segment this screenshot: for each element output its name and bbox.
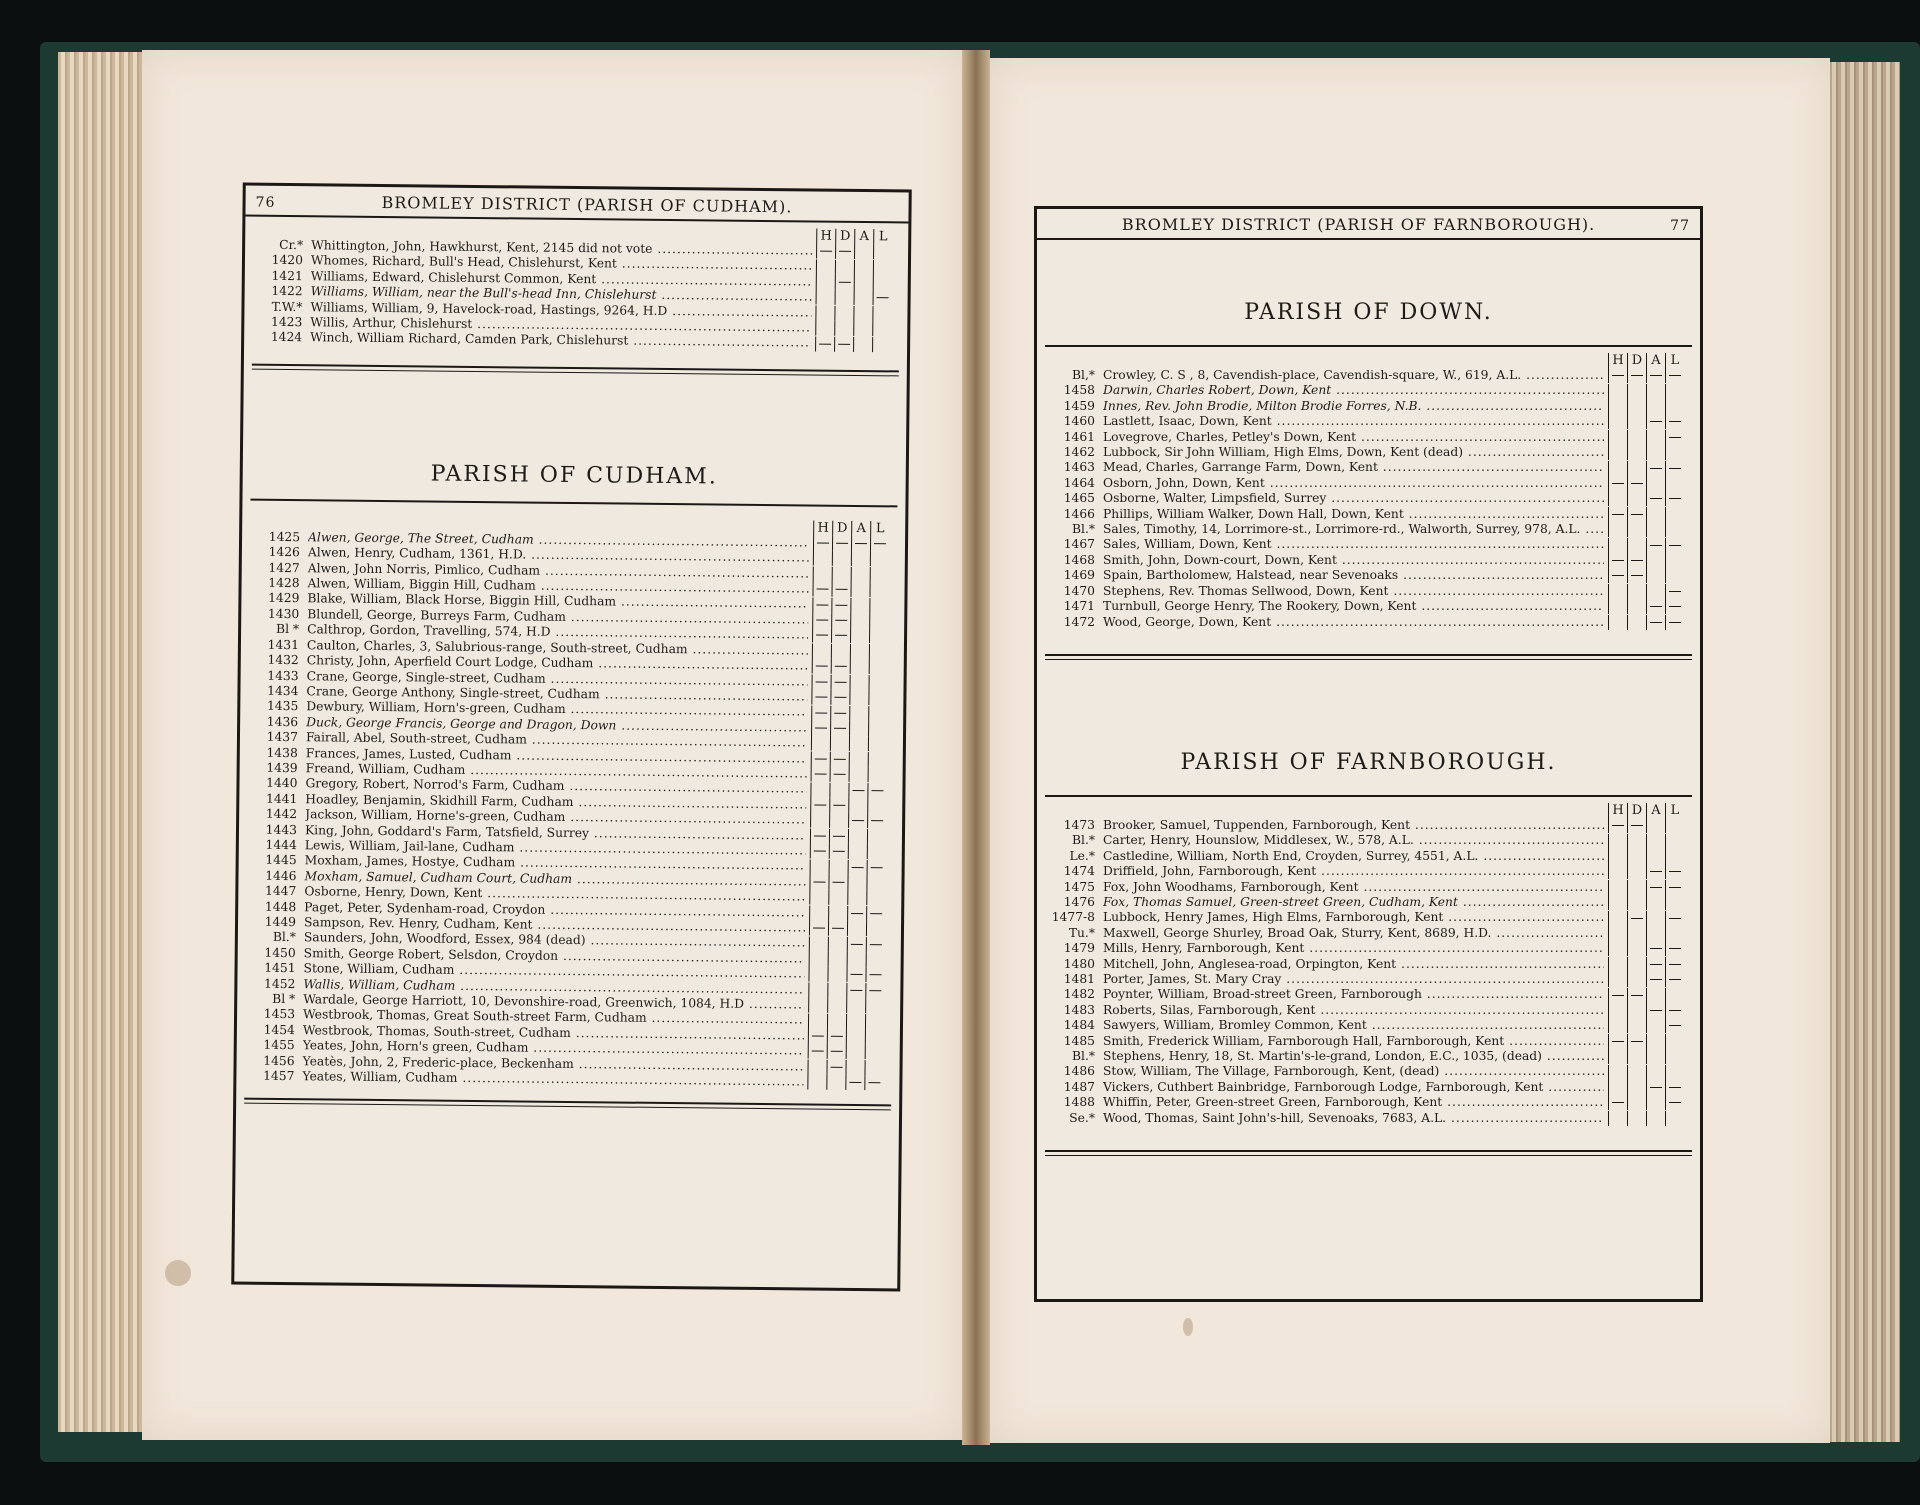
vote-marks xyxy=(813,551,897,567)
vote-mark-h xyxy=(1608,1095,1627,1110)
vote-mark-a xyxy=(1646,384,1665,399)
vote-mark-d xyxy=(829,813,848,828)
voter-entry: Roberts, Silas, Farnborough, Kent xyxy=(1103,1003,1604,1018)
vote-mark-h xyxy=(812,674,831,689)
vote-mark-d xyxy=(1627,461,1646,476)
vote-mark-a xyxy=(1646,1095,1665,1110)
vote-marks xyxy=(808,1013,892,1029)
vote-mark-a xyxy=(850,675,869,690)
vote-marks xyxy=(813,566,897,582)
vote-mark-d xyxy=(1627,615,1646,630)
vote-mark-d xyxy=(1627,1095,1646,1110)
vote-mark-d xyxy=(827,998,846,1013)
vote-mark-d xyxy=(828,905,847,920)
voter-number: 1422 xyxy=(253,284,311,300)
vote-mark-l xyxy=(865,1014,884,1029)
vote-mark-a xyxy=(848,798,867,813)
voter-number: 1451 xyxy=(245,961,303,977)
voter-number: 1430 xyxy=(249,606,307,622)
right-page-frame: BROMLEY DISTRICT (PARISH OF FARNBOROUGH)… xyxy=(1034,206,1703,1302)
voter-entry: Darwin, Charles Robert, Down, Kent xyxy=(1103,383,1604,398)
vote-mark-d xyxy=(831,613,850,628)
vote-mark-l xyxy=(870,536,889,551)
vote-mark-a xyxy=(1646,414,1665,429)
vote-mark-d xyxy=(830,721,849,736)
vote-mark-a xyxy=(851,536,870,551)
voter-number: T.W.* xyxy=(252,299,310,315)
vote-marks xyxy=(810,813,894,829)
voter-number: 1467 xyxy=(1045,537,1103,552)
vote-mark-a xyxy=(850,613,869,628)
vote-mark-d xyxy=(1627,1003,1646,1018)
vote-marks xyxy=(1608,1034,1692,1049)
vote-mark-a xyxy=(847,875,866,890)
voter-entry: Maxwell, George Shurley, Broad Oak, Stur… xyxy=(1103,926,1604,941)
vote-mark-l xyxy=(1665,1003,1684,1018)
voter-number: 1463 xyxy=(1045,460,1103,475)
voter-number: 1484 xyxy=(1045,1018,1103,1033)
vote-mark-l xyxy=(869,659,888,674)
table-row: Tu.*Maxwell, George Shurley, Broad Oak, … xyxy=(1045,926,1692,941)
vote-mark-l xyxy=(868,752,887,767)
voter-number: 1472 xyxy=(1045,615,1103,630)
vote-mark-l xyxy=(872,321,891,336)
voter-number: 1440 xyxy=(247,776,305,792)
vote-mark-l xyxy=(1665,1049,1684,1064)
vote-mark-a xyxy=(1646,911,1665,926)
table-row: 1479Mills, Henry, Farnborough, Kent xyxy=(1045,941,1692,956)
vote-mark-d xyxy=(830,736,849,751)
vote-mark-l xyxy=(868,690,887,705)
vote-marks xyxy=(812,659,896,675)
vote-mark-l xyxy=(1665,834,1684,849)
table-row: 1488Whiffin, Peter, Green-street Green, … xyxy=(1045,1095,1692,1110)
vote-mark-h xyxy=(1608,926,1627,941)
vote-mark-l xyxy=(873,260,892,275)
voter-number: 1460 xyxy=(1045,414,1103,429)
vote-mark-d xyxy=(1627,599,1646,614)
voter-number: 1426 xyxy=(250,545,308,561)
vote-mark-h xyxy=(811,720,830,735)
vote-mark-a xyxy=(1646,1049,1665,1064)
vote-columns-header: HDAL xyxy=(1045,803,1692,818)
vote-mark-l xyxy=(864,1075,883,1090)
vote-marks xyxy=(1608,834,1692,849)
vote-mark-d xyxy=(834,336,853,351)
vote-mark-h xyxy=(816,259,835,274)
vote-mark-h xyxy=(1608,895,1627,910)
continued-entries-table: HDAL Cr.*Whittington, John, Hawkhurst, K… xyxy=(252,223,900,353)
vote-column-d: D xyxy=(832,521,851,536)
vote-marks xyxy=(1608,988,1692,1003)
vote-marks xyxy=(1608,972,1692,987)
vote-mark-a xyxy=(1646,1065,1665,1080)
stain xyxy=(1183,1318,1193,1336)
vote-marks xyxy=(1608,461,1692,476)
vote-mark-a xyxy=(854,275,873,290)
vote-marks xyxy=(815,321,899,337)
table-row: 1462Lubbock, Sir John William, High Elms… xyxy=(1045,445,1692,460)
vote-mark-a xyxy=(1646,1034,1665,1049)
voter-number: 1457 xyxy=(244,1069,302,1085)
voter-number: 1480 xyxy=(1045,957,1103,972)
vote-mark-d xyxy=(1627,430,1646,445)
vote-mark-h xyxy=(816,290,835,305)
voter-number: 1488 xyxy=(1045,1095,1103,1110)
vote-mark-d xyxy=(827,1013,846,1028)
table-row: 1471Turnbull, George Henry, The Rookery,… xyxy=(1045,599,1692,614)
voter-number: 1458 xyxy=(1045,383,1103,398)
table-row: 1469Spain, Bartholomew, Halstead, near S… xyxy=(1045,568,1692,583)
vote-mark-l xyxy=(868,736,887,751)
voter-number: 1468 xyxy=(1045,553,1103,568)
vote-mark-d xyxy=(1627,384,1646,399)
stain xyxy=(165,1260,191,1286)
vote-marks xyxy=(808,967,892,983)
vote-marks xyxy=(812,628,896,644)
vote-mark-l xyxy=(1665,818,1684,833)
vote-mark-h xyxy=(1608,972,1627,987)
vote-marks xyxy=(816,275,900,291)
vote-mark-h xyxy=(1608,957,1627,972)
vote-mark-a xyxy=(849,690,868,705)
vote-column-d: D xyxy=(1627,353,1646,368)
vote-column-l: L xyxy=(1665,803,1684,818)
vote-column-l: L xyxy=(870,521,889,536)
table-row: Bl.*Carter, Henry, Hounslow, Middlesex, … xyxy=(1045,833,1692,848)
vote-mark-h xyxy=(1608,384,1627,399)
running-head: 76 BROMLEY DISTRICT (PARISH OF CUDHAM). xyxy=(245,186,908,224)
voter-entry: Phillips, William Walker, Down Hall, Dow… xyxy=(1103,507,1604,522)
vote-mark-a xyxy=(847,921,866,936)
vote-marks xyxy=(1608,538,1692,553)
vote-mark-a xyxy=(847,937,866,952)
voter-entry: Wood, Thomas, Saint John's-hill, Sevenoa… xyxy=(1103,1111,1604,1126)
voter-number: 1473 xyxy=(1045,818,1103,833)
voter-number: 1450 xyxy=(246,945,304,961)
running-head-title: BROMLEY DISTRICT (PARISH OF FARNBOROUGH)… xyxy=(1047,215,1670,234)
vote-mark-h xyxy=(810,797,829,812)
vote-marks xyxy=(809,874,893,890)
voter-number: 1431 xyxy=(249,637,307,653)
vote-mark-d xyxy=(1627,880,1646,895)
vote-mark-l xyxy=(1665,461,1684,476)
right-page: BROMLEY DISTRICT (PARISH OF FARNBOROUGH)… xyxy=(990,58,1830,1443)
vote-mark-a xyxy=(1646,538,1665,553)
vote-column-d: D xyxy=(835,229,854,244)
vote-marks xyxy=(815,336,899,352)
vote-mark-h xyxy=(1608,538,1627,553)
vote-mark-a xyxy=(1646,461,1665,476)
vote-mark-d xyxy=(1627,584,1646,599)
vote-mark-a xyxy=(1646,895,1665,910)
vote-mark-h xyxy=(1608,476,1627,491)
double-rule xyxy=(1045,1150,1692,1156)
vote-mark-a xyxy=(854,290,873,305)
vote-mark-a xyxy=(1646,615,1665,630)
vote-mark-h xyxy=(1608,430,1627,445)
vote-marks xyxy=(809,952,893,968)
vote-mark-l xyxy=(1665,399,1684,414)
vote-mark-l xyxy=(866,921,885,936)
vote-mark-l xyxy=(1665,941,1684,956)
vote-mark-a xyxy=(1646,430,1665,445)
table-row: Se.*Wood, Thomas, Saint John's-hill, Sev… xyxy=(1045,1111,1692,1126)
voter-number: 1425 xyxy=(250,529,308,545)
vote-mark-l xyxy=(1665,599,1684,614)
voter-number: 1459 xyxy=(1045,399,1103,414)
voter-number: 1439 xyxy=(248,761,306,777)
vote-mark-l xyxy=(1665,849,1684,864)
vote-mark-h xyxy=(811,767,830,782)
vote-marks xyxy=(1608,1018,1692,1033)
voter-entry: Crowley, C. S , 8, Cavendish-place, Cave… xyxy=(1103,368,1604,383)
vote-mark-d xyxy=(834,306,853,321)
vote-mark-a xyxy=(1646,1080,1665,1095)
vote-mark-a xyxy=(1646,491,1665,506)
vote-mark-d xyxy=(832,536,851,551)
left-page-frame: 76 BROMLEY DISTRICT (PARISH OF CUDHAM). … xyxy=(231,183,912,1292)
vote-mark-a xyxy=(1646,988,1665,1003)
vote-mark-d xyxy=(1627,895,1646,910)
vote-mark-d xyxy=(830,690,849,705)
vote-mark-d xyxy=(1627,972,1646,987)
vote-mark-h xyxy=(809,890,828,905)
voter-number: Bl * xyxy=(249,622,307,638)
vote-mark-h xyxy=(810,859,829,874)
vote-marks xyxy=(807,1075,891,1091)
vote-mark-d xyxy=(830,751,849,766)
vote-mark-a xyxy=(1646,445,1665,460)
voter-number: 1475 xyxy=(1045,880,1103,895)
voter-entry: Stow, William, The Village, Farnborough,… xyxy=(1103,1064,1604,1079)
vote-mark-h xyxy=(816,244,835,259)
vote-mark-a xyxy=(851,567,870,582)
voter-number: 1444 xyxy=(247,838,305,854)
vote-mark-h xyxy=(1608,1018,1627,1033)
vote-mark-a xyxy=(1646,818,1665,833)
vote-marks xyxy=(810,859,894,875)
vote-mark-h xyxy=(1608,507,1627,522)
voter-number: 1441 xyxy=(247,791,305,807)
vote-mark-d xyxy=(1627,568,1646,583)
table-row: 1475Fox, John Woodhams, Farnborough, Ken… xyxy=(1045,880,1692,895)
vote-marks xyxy=(807,1059,891,1075)
vote-mark-h xyxy=(1608,988,1627,1003)
vote-mark-d xyxy=(1627,368,1646,383)
vote-marks xyxy=(816,290,900,306)
vote-mark-h xyxy=(808,1029,827,1044)
table-row: 1468Smith, John, Down-court, Down, Kent xyxy=(1045,553,1692,568)
vote-mark-a xyxy=(849,767,868,782)
vote-mark-a xyxy=(848,829,867,844)
vote-mark-l xyxy=(1665,445,1684,460)
vote-mark-a xyxy=(846,967,865,982)
vote-mark-a xyxy=(853,321,872,336)
voter-number: 1420 xyxy=(253,253,311,269)
vote-mark-l xyxy=(865,968,884,983)
vote-mark-d xyxy=(1627,911,1646,926)
table-row: 1467Sales, William, Down, Kent xyxy=(1045,537,1692,552)
vote-mark-l xyxy=(1665,957,1684,972)
vote-mark-h xyxy=(812,597,831,612)
vote-mark-a xyxy=(1646,957,1665,972)
vote-marks xyxy=(1608,1111,1692,1126)
vote-mark-a xyxy=(1646,599,1665,614)
voter-entry: Osborne, Walter, Limpsfield, Surrey xyxy=(1103,491,1604,506)
vote-mark-d xyxy=(1627,1111,1646,1126)
vote-marks xyxy=(1608,957,1692,972)
vote-mark-a xyxy=(851,551,870,566)
vote-marks xyxy=(1608,1080,1692,1095)
vote-mark-a xyxy=(849,721,868,736)
vote-mark-a xyxy=(854,260,873,275)
voter-number: 1470 xyxy=(1045,584,1103,599)
voter-number: 1474 xyxy=(1045,864,1103,879)
vote-mark-h xyxy=(809,936,828,951)
vote-mark-h xyxy=(809,952,828,967)
voter-entry: Sawyers, William, Bromley Common, Kent xyxy=(1103,1018,1604,1033)
vote-mark-d xyxy=(1627,491,1646,506)
voter-number: Bl.* xyxy=(1045,833,1103,848)
table-row: 1483Roberts, Silas, Farnborough, Kent xyxy=(1045,1003,1692,1018)
vote-mark-a xyxy=(853,306,872,321)
vote-mark-d xyxy=(831,582,850,597)
vote-mark-l xyxy=(1665,1018,1684,1033)
voter-number: 1481 xyxy=(1045,972,1103,987)
vote-mark-d xyxy=(1627,926,1646,941)
vote-marks xyxy=(1608,615,1692,630)
page-number: 77 xyxy=(1670,218,1690,234)
vote-column-d: D xyxy=(1627,803,1646,818)
voter-number: 1446 xyxy=(246,868,304,884)
vote-mark-d xyxy=(830,705,849,720)
voter-number: 1424 xyxy=(252,330,310,346)
vote-mark-h xyxy=(1608,445,1627,460)
vote-mark-l xyxy=(1665,972,1684,987)
vote-mark-a xyxy=(850,628,869,643)
vote-mark-d xyxy=(827,967,846,982)
vote-marks xyxy=(1608,553,1692,568)
voter-entry: Lovegrove, Charles, Petley's Down, Kent xyxy=(1103,430,1604,445)
vote-mark-a xyxy=(1646,849,1665,864)
voter-entry: Mead, Charles, Garrange Farm, Down, Kent xyxy=(1103,460,1604,475)
voter-number: 1443 xyxy=(247,822,305,838)
voter-number: 1447 xyxy=(246,884,304,900)
voter-number: Tu.* xyxy=(1045,926,1103,941)
entry-list: 1473Brooker, Samuel, Tuppenden, Farnboro… xyxy=(1045,818,1692,1126)
vote-mark-d xyxy=(827,1029,846,1044)
vote-mark-a xyxy=(848,844,867,859)
vote-mark-h xyxy=(1608,911,1627,926)
vote-mark-d xyxy=(1627,553,1646,568)
table-row: 1486Stow, William, The Village, Farnboro… xyxy=(1045,1064,1692,1079)
vote-column-h: H xyxy=(816,229,835,244)
left-page: 76 BROMLEY DISTRICT (PARISH OF CUDHAM). … xyxy=(142,50,962,1440)
vote-mark-a xyxy=(853,337,872,352)
vote-mark-l xyxy=(869,598,888,613)
vote-mark-h xyxy=(810,782,829,797)
vote-mark-d xyxy=(827,983,846,998)
cudham-entries-table: HDAL 1425Alwen, George, The Street, Cudh… xyxy=(244,514,897,1090)
vote-column-h: H xyxy=(813,520,832,535)
table-row: Bl,*Crowley, C. S , 8, Cavendish-place, … xyxy=(1045,368,1692,383)
vote-mark-a xyxy=(1646,399,1665,414)
voter-number: 1469 xyxy=(1045,568,1103,583)
table-row: 1459Innes, Rev. John Brodie, Milton Brod… xyxy=(1045,399,1692,414)
vote-marks xyxy=(811,705,895,721)
vote-mark-l xyxy=(873,291,892,306)
voter-number: 1477-8 xyxy=(1045,910,1103,925)
vote-mark-h xyxy=(808,1013,827,1028)
voter-entry: Smith, John, Down-court, Down, Kent xyxy=(1103,553,1604,568)
voter-entry: Lubbock, Sir John William, High Elms, Do… xyxy=(1103,445,1604,460)
vote-mark-a xyxy=(848,813,867,828)
voter-number: 1487 xyxy=(1045,1080,1103,1095)
table-row: 1470Stephens, Rev. Thomas Sellwood, Down… xyxy=(1045,584,1692,599)
book-gutter xyxy=(962,50,990,1445)
vote-mark-d xyxy=(1627,476,1646,491)
vote-mark-h xyxy=(808,982,827,997)
vote-mark-a xyxy=(846,1044,865,1059)
running-head-title: BROMLEY DISTRICT (PARISH OF CUDHAM). xyxy=(275,192,898,218)
vote-mark-d xyxy=(828,936,847,951)
vote-mark-l xyxy=(1665,1065,1684,1080)
voter-entry: Lubbock, Henry James, High Elms, Farnbor… xyxy=(1103,910,1604,925)
vote-mark-l xyxy=(865,1029,884,1044)
vote-mark-h xyxy=(1608,522,1627,537)
voter-number: 1434 xyxy=(248,684,306,700)
voter-number: 1435 xyxy=(248,699,306,715)
vote-mark-h xyxy=(812,582,831,597)
vote-mark-d xyxy=(1627,1065,1646,1080)
vote-mark-d xyxy=(829,828,848,843)
vote-mark-a xyxy=(850,582,869,597)
table-row: 1460Lastlett, Isaac, Down, Kent xyxy=(1045,414,1692,429)
vote-mark-d xyxy=(1627,538,1646,553)
vote-mark-d xyxy=(1627,522,1646,537)
table-row: 1473Brooker, Samuel, Tuppenden, Farnboro… xyxy=(1045,818,1692,833)
vote-marks xyxy=(1608,368,1692,383)
vote-mark-a xyxy=(1646,1111,1665,1126)
vote-mark-d xyxy=(1627,399,1646,414)
vote-mark-d xyxy=(828,875,847,890)
vote-marks xyxy=(810,828,894,844)
voter-number: 1436 xyxy=(248,714,306,730)
vote-mark-l xyxy=(867,844,886,859)
vote-mark-d xyxy=(1627,414,1646,429)
vote-marks xyxy=(1608,864,1692,879)
vote-marks xyxy=(1608,818,1692,833)
vote-mark-h xyxy=(1608,615,1627,630)
vote-mark-l xyxy=(866,952,885,967)
vote-mark-a xyxy=(846,983,865,998)
voter-entry: Turnbull, George Henry, The Rookery, Dow… xyxy=(1103,599,1604,614)
farnborough-entries-table: HDAL 1473Brooker, Samuel, Tuppenden, Far… xyxy=(1045,803,1692,1126)
voter-number: 1483 xyxy=(1045,1003,1103,1018)
vote-mark-d xyxy=(826,1060,845,1075)
vote-marks xyxy=(811,690,895,706)
vote-mark-d xyxy=(835,275,854,290)
vote-mark-d xyxy=(835,290,854,305)
vote-marks xyxy=(1608,491,1692,506)
vote-mark-d xyxy=(826,1075,845,1090)
vote-mark-l xyxy=(869,629,888,644)
vote-mark-h xyxy=(1608,1111,1627,1126)
vote-mark-d xyxy=(832,567,851,582)
voter-number: 1449 xyxy=(246,915,304,931)
table-row: 1465Osborne, Walter, Limpsfield, Surrey xyxy=(1045,491,1692,506)
